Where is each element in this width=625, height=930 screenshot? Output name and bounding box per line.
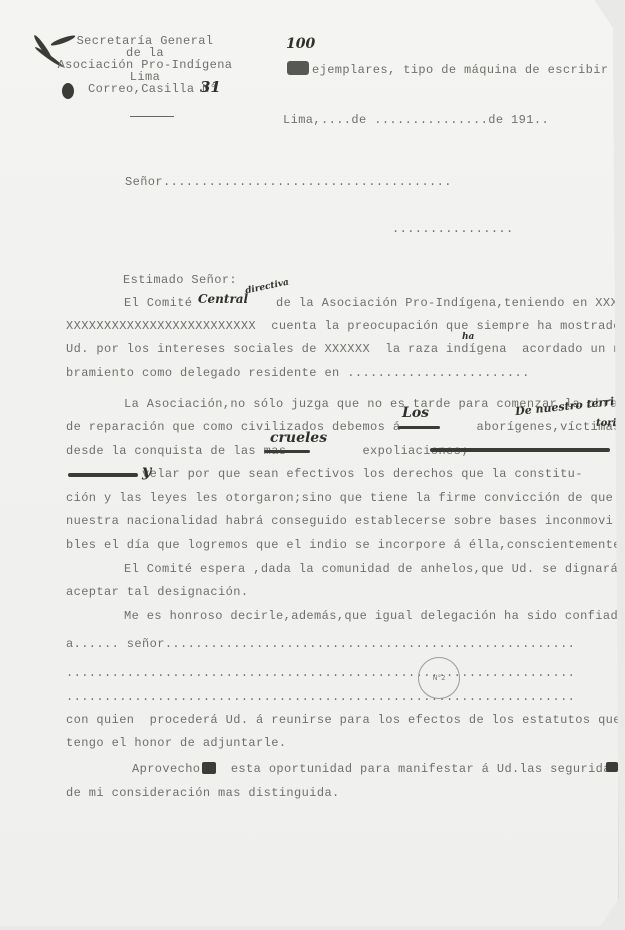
annotation-y: y — [142, 461, 151, 480]
body-line: ........................................… — [66, 666, 575, 680]
annotation-directiva: directiva — [244, 278, 289, 297]
body-line: Me es honroso decirle,además,que igual d… — [124, 609, 625, 623]
body-line: XXXXXXXXXXXXXXXXXXXXXXXXX cuenta la preo… — [66, 319, 621, 333]
ink-mark — [62, 83, 74, 99]
body-line: a...... señor...........................… — [66, 637, 575, 651]
recipient-line: Señor...................................… — [125, 175, 452, 189]
scribble-strikethrough — [430, 448, 610, 452]
letter-page: Secretaría General de la Asociación Pro-… — [0, 0, 619, 926]
annotation-los: Los — [402, 405, 429, 421]
crossed-out-mark — [287, 61, 309, 75]
stamp-text: N°2 — [432, 674, 445, 682]
scribble-strikethrough — [68, 473, 138, 477]
letterhead-line: Correo,Casilla N° — [88, 82, 217, 96]
box-number-handwritten: 31 — [200, 78, 221, 96]
crossed-out-mark — [606, 762, 618, 772]
annotation-ha: ha — [462, 332, 474, 342]
annotation-torio: torio — [596, 418, 623, 429]
body-line: Ud. por los intereses sociales de XXXXXX… — [66, 342, 625, 356]
body-line: bramiento como delegado residente en ...… — [66, 366, 530, 380]
date-line: Lima,....de ...............de 191.. — [283, 113, 549, 127]
body-line: bles el día que logremos que el indio se… — [66, 538, 625, 552]
copies-handwritten: 100 — [286, 36, 315, 52]
recipient-line-2: ................ — [392, 222, 514, 236]
copies-line: ejemplares, tipo de máquina de escribir — [312, 63, 608, 77]
strikethrough — [264, 450, 310, 453]
annotation-central: Central — [198, 292, 248, 306]
body-line: con quien procederá Ud. á reunirse para … — [66, 713, 621, 727]
body-line: ........................................… — [66, 690, 575, 704]
body-line: aceptar tal designación. — [66, 585, 248, 599]
salutation: Estimado Señor: — [123, 273, 237, 287]
letterhead-rule — [130, 116, 174, 117]
body-line: El Comité espera ,dada la comunidad de a… — [124, 562, 618, 576]
body-line: ción y las leyes les otorgaron;sino que … — [66, 491, 613, 505]
body-line: de mi consideración mas distinguida. — [66, 786, 340, 800]
crossed-out-mark — [202, 762, 216, 774]
strikethrough — [398, 426, 440, 429]
postal-stamp: N°2 — [418, 657, 460, 699]
body-line: de reparación que como civilizados debem… — [66, 420, 621, 434]
body-line: nuestra nacionalidad habrá conseguido es… — [66, 514, 613, 528]
body-line: tengo el honor de adjuntarle. — [66, 736, 286, 750]
